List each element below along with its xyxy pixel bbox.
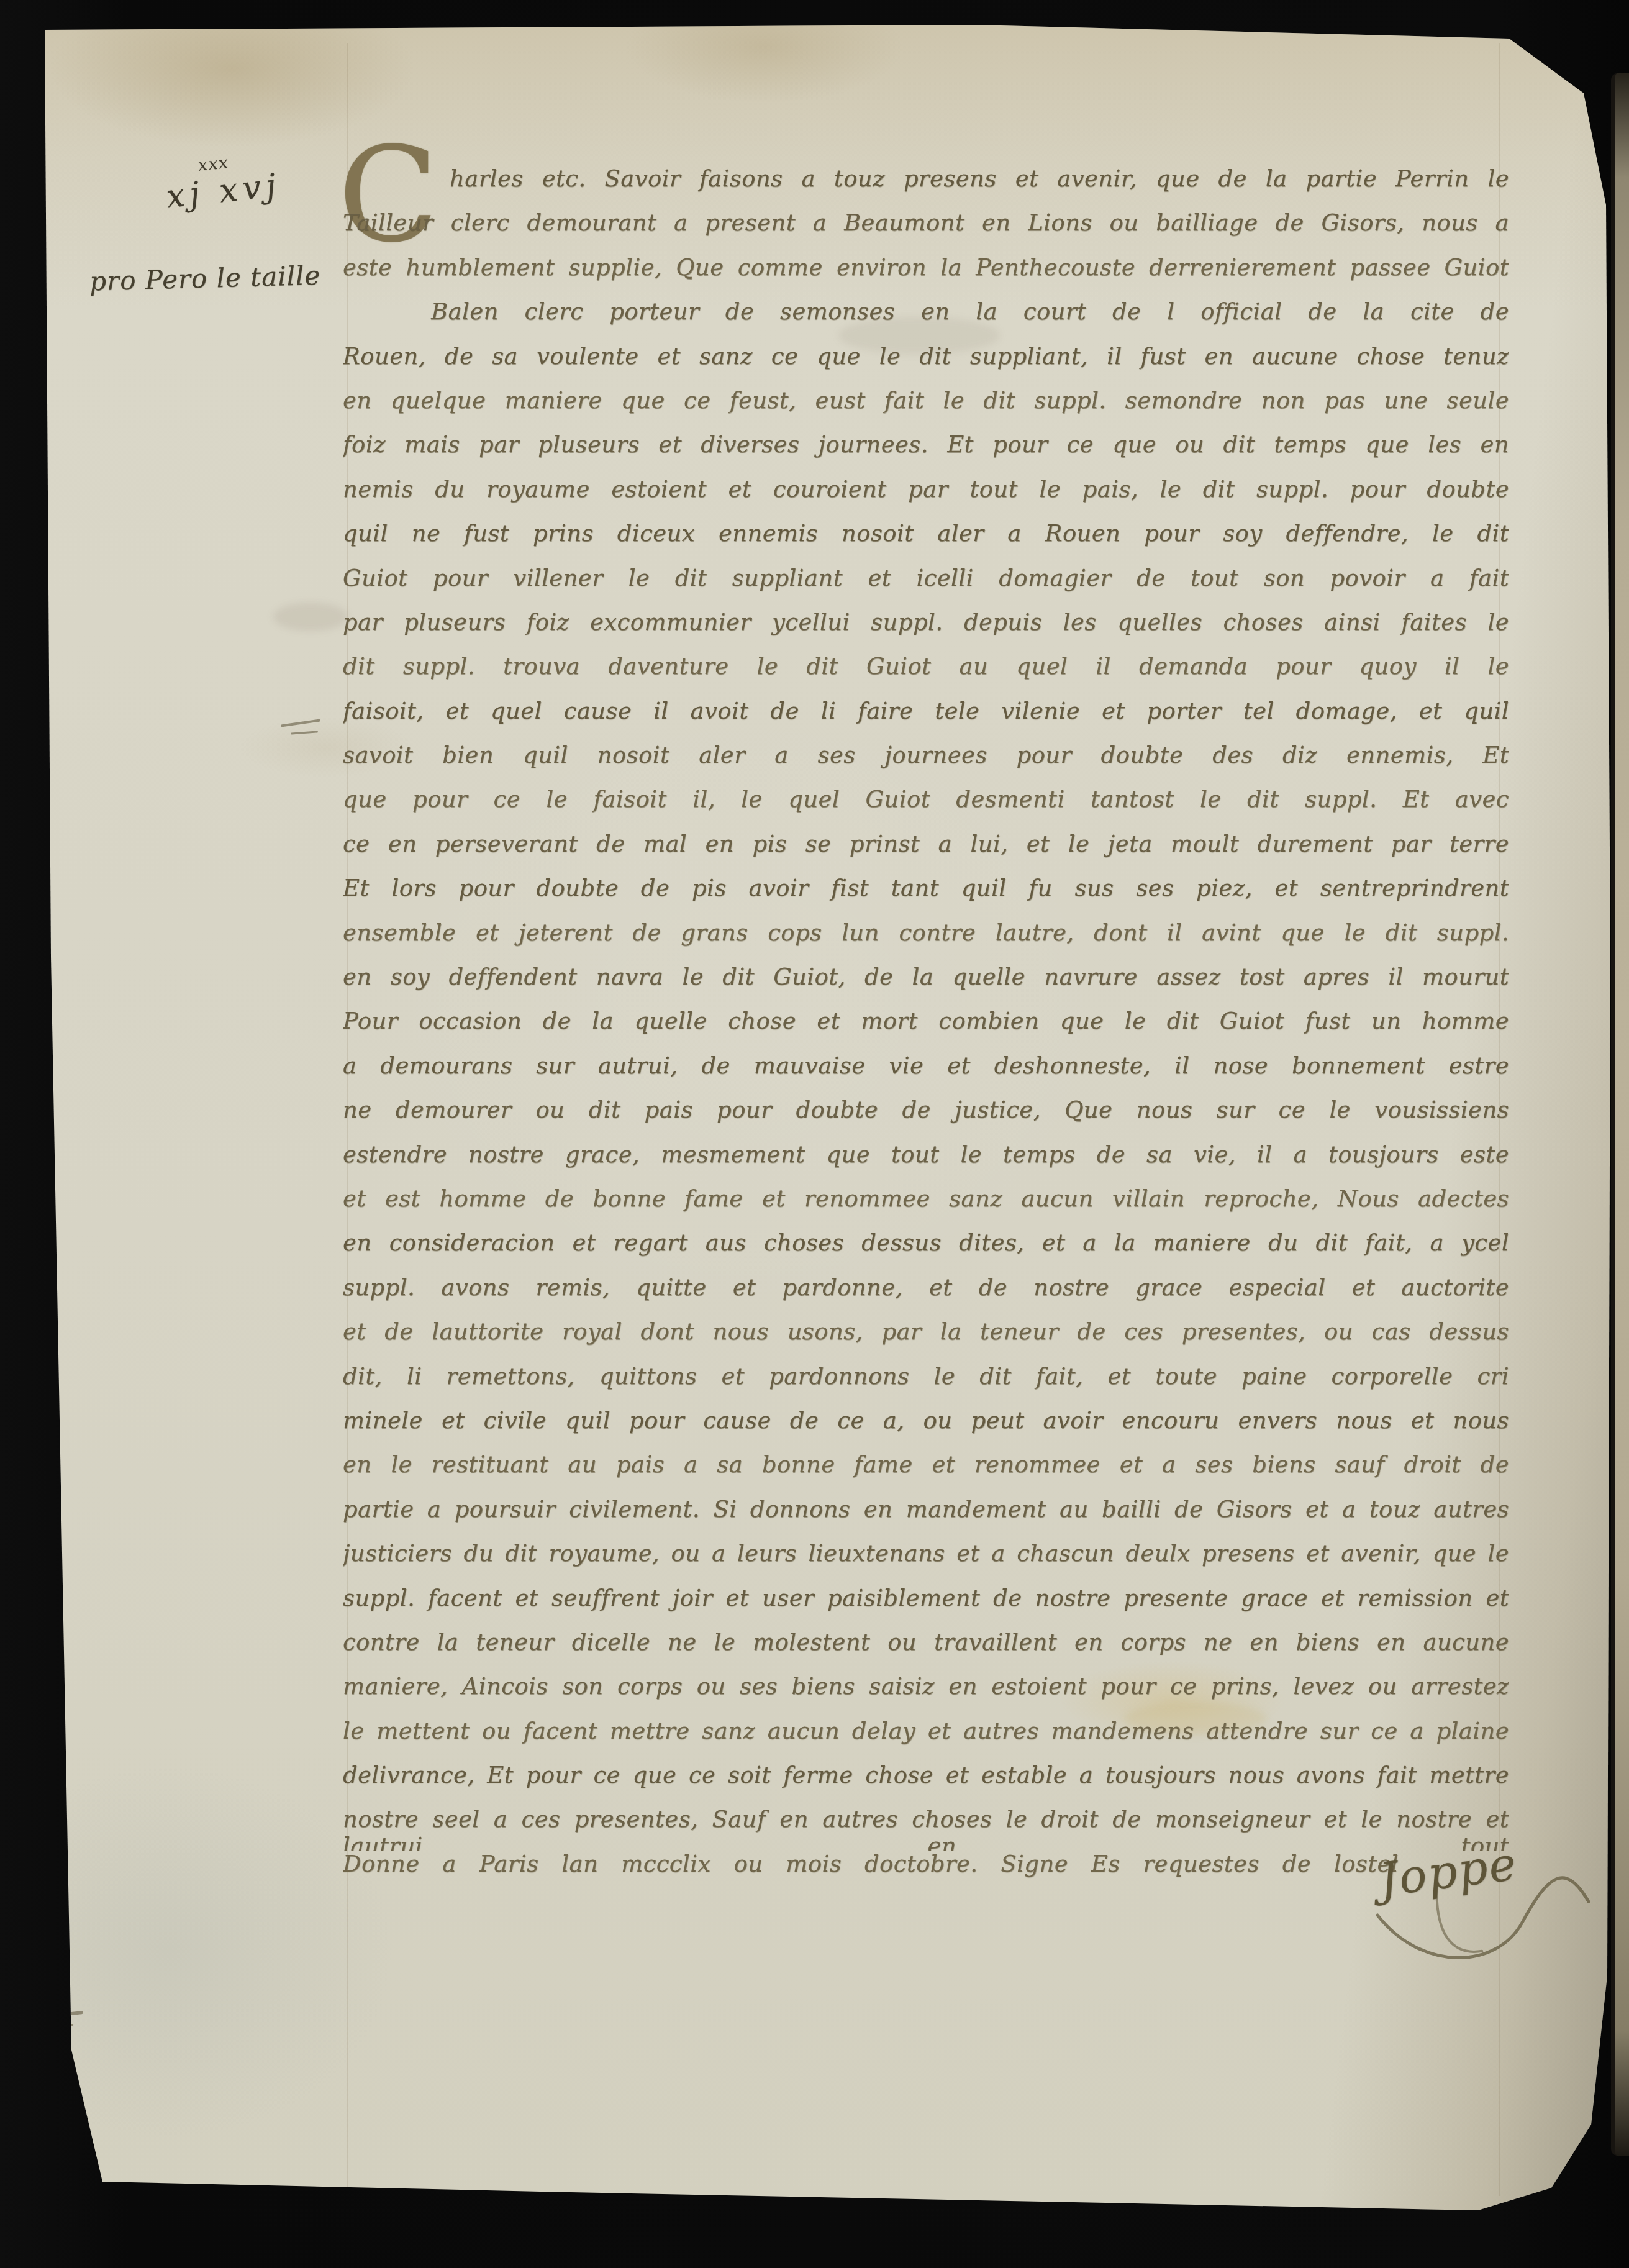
manuscript-line: le mettent ou facent mettre sanz aucun d… (343, 1718, 1509, 1762)
manuscript-line: savoit bien quil nosoit aler a ses journ… (343, 742, 1509, 786)
manuscript-line: delivrance, Et pour ce que ce soit ferme… (343, 1762, 1509, 1806)
manuscript-line: en consideracion et regart aus choses de… (343, 1229, 1509, 1273)
manuscript-line: Balen clerc porteur de semonses en la co… (343, 298, 1509, 342)
margin-stroke-mark (47, 2011, 83, 2018)
manuscript-line: dit suppl. trouva daventure le dit Guiot… (343, 653, 1509, 697)
manuscript-line: ce en perseverant de mal en pis se prins… (343, 831, 1509, 875)
manuscript-text: harles etc. Savoir faisons a touz presen… (343, 165, 1509, 1895)
manuscript-line: Guiot pour villener le dit suppliant et … (343, 565, 1509, 609)
manuscript-line: estendre nostre grace, mesmement que tou… (343, 1141, 1509, 1185)
manuscript-line: quil ne fust prins diceux ennemis nosoit… (343, 520, 1509, 564)
manuscript-line: Donne a Paris lan mccclix ou mois doctob… (343, 1851, 1399, 1895)
ink-smudge (273, 603, 348, 631)
folio-mark-number: xj xvj (165, 166, 283, 216)
manuscript-line: harles etc. Savoir faisons a touz presen… (343, 165, 1509, 209)
manuscript-line: foiz mais par pluseurs et diverses journ… (343, 431, 1509, 475)
manuscript-page: xxx xj xvj pro Pero le taille C harles e… (43, 25, 1612, 2215)
manuscript-line: en soy deffendent navra le dit Guiot, de… (343, 963, 1509, 1008)
manuscript-line: en quelque maniere que ce feust, eust fa… (343, 387, 1509, 431)
margin-stroke-mark (52, 2024, 73, 2026)
manuscript-line: Et lors pour doubte de pis avoir fist ta… (343, 875, 1509, 919)
manuscript-line: et de lauttorite royal dont nous usons, … (343, 1318, 1509, 1362)
manuscript-line: contre la teneur dicelle ne le molestent… (343, 1629, 1509, 1673)
manuscript-line: este humblement supplie, Que comme envir… (343, 254, 1509, 298)
folio-mark: xxx xj xvj (163, 148, 283, 216)
manuscript-line: nemis du royaume estoient et couroient p… (343, 476, 1509, 520)
manuscript-line: suppl. facent et seuffrent joir et user … (343, 1585, 1509, 1629)
manuscript-line: par pluseurs foiz excommunier ycellui su… (343, 609, 1509, 653)
manuscript-line: partie a poursuir civilement. Si donnons… (343, 1496, 1509, 1540)
margin-stroke-mark (281, 719, 320, 727)
manuscript-line: Tailleur clerc demourant a present a Bea… (343, 209, 1509, 253)
manuscript-line: faisoit, et quel cause il avoit de li fa… (343, 698, 1509, 742)
manuscript-line: a demourans sur autrui, de mauvaise vie … (343, 1052, 1509, 1096)
manuscript-line: et est homme de bonne fame et renommee s… (343, 1185, 1509, 1229)
manuscript-line: dit, li remettons, quittons et pardonnon… (343, 1363, 1509, 1407)
manuscript-line: que pour ce le faisoit il, le quel Guiot… (343, 786, 1509, 830)
photograph-backdrop: xxx xj xvj pro Pero le taille C harles e… (0, 0, 1629, 2268)
margin-stroke-mark (291, 731, 318, 734)
manuscript-line: Rouen, de sa voulente et sanz ce que le … (343, 343, 1509, 387)
manuscript-line: nostre seel a ces presentes, Sauf en aut… (343, 1806, 1509, 1850)
manuscript-line: maniere, Aincois son corps ou ses biens … (343, 1673, 1509, 1717)
manuscript-line: en le restituant au pais a sa bonne fame… (343, 1451, 1509, 1495)
manuscript-line: minele et civile quil pour cause de ce a… (343, 1407, 1509, 1451)
manuscript-line: Pour occasion de la quelle chose et mort… (343, 1008, 1509, 1052)
underlying-page-edge (1611, 73, 1629, 2156)
manuscript-line: ne demourer ou dit pais pour doubte de j… (343, 1096, 1509, 1141)
manuscript-line: ensemble et jeterent de grans cops lun c… (343, 919, 1509, 963)
manuscript-line: justiciers du dit royaume, ou a leurs li… (343, 1540, 1509, 1584)
manuscript-line: suppl. avons remis, quitte et pardonne, … (343, 1274, 1509, 1318)
